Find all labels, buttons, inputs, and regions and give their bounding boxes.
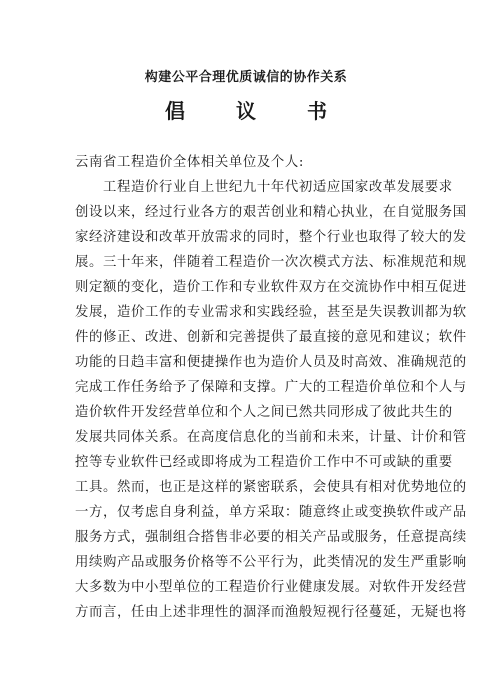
document-subtitle: 构建公平合理优质诚信的协作关系 (0, 66, 492, 85)
paragraph-line: 工程造价行业自上世纪九十年代初适应国家改革发展要求 (75, 175, 417, 200)
paragraph-line: 发展，造价工作的专业需求和实践经验，甚至是失误教训都为软 (75, 300, 417, 325)
paragraph-line: 功能的日趋丰富和便捷操作也为造价人员及时高效、准确规范的 (75, 350, 417, 375)
paragraph-line: 家经济建设和改革开放需求的同时，整个行业也取得了较大的发 (75, 225, 417, 250)
paragraph-line: 一方，仅考虑自身利益，单方采取：随意终止或变换软件或产品 (75, 500, 417, 525)
paragraph-line: 服务方式，强制组合搭售非必要的相关产品或服务，任意提高续 (75, 525, 417, 550)
paragraph-line: 方而言，任由上述非理性的涸泽而渔般短视行径蔓延，无疑也将 (75, 600, 417, 625)
paragraph-line: 创设以来，经过行业各方的艰苦创业和精心执业，在自觉服务国 (75, 200, 417, 225)
paragraph-line: 件的修正、改进、创新和完善提供了最直接的意见和建议；软件 (75, 325, 417, 350)
paragraph-line: 完成工作任务给予了保障和支撑。广大的工程造价单位和个人与 (75, 375, 417, 400)
document-title: 倡 议 书 (0, 95, 492, 124)
document-body: 云南省工程造价全体相关单位及个人: 工程造价行业自上世纪九十年代初适应国家改革发… (75, 150, 417, 625)
paragraph-line: 工具。然而，也正是这样的紧密联系，会使具有相对优势地位的 (75, 475, 417, 500)
salutation: 云南省工程造价全体相关单位及个人: (75, 150, 417, 175)
paragraph-line: 控等专业软件已经或即将成为工程造价工作中不可或缺的重要 (75, 450, 417, 475)
paragraph-line: 则定额的变化，造价工作和专业软件双方在交流协作中相互促进 (75, 275, 417, 300)
paragraph-line: 展。三十年来，伴随着工程造价一次次模式方法、标准规范和规 (75, 250, 417, 275)
paragraph-line: 发展共同体关系。在高度信息化的当前和未来，计量、计价和管 (75, 425, 417, 450)
paragraph-line: 用续购产品或服务价格等不公平行为，此类情况的发生严重影响 (75, 550, 417, 575)
paragraph-line: 大多数为中小型单位的工程造价行业健康发展。对软件开发经营 (75, 575, 417, 600)
paragraph-line: 造价软件开发经营单位和个人之间已然共同形成了彼此共生的 (75, 400, 417, 425)
document-page: 构建公平合理优质诚信的协作关系 倡 议 书 云南省工程造价全体相关单位及个人: … (0, 0, 492, 695)
